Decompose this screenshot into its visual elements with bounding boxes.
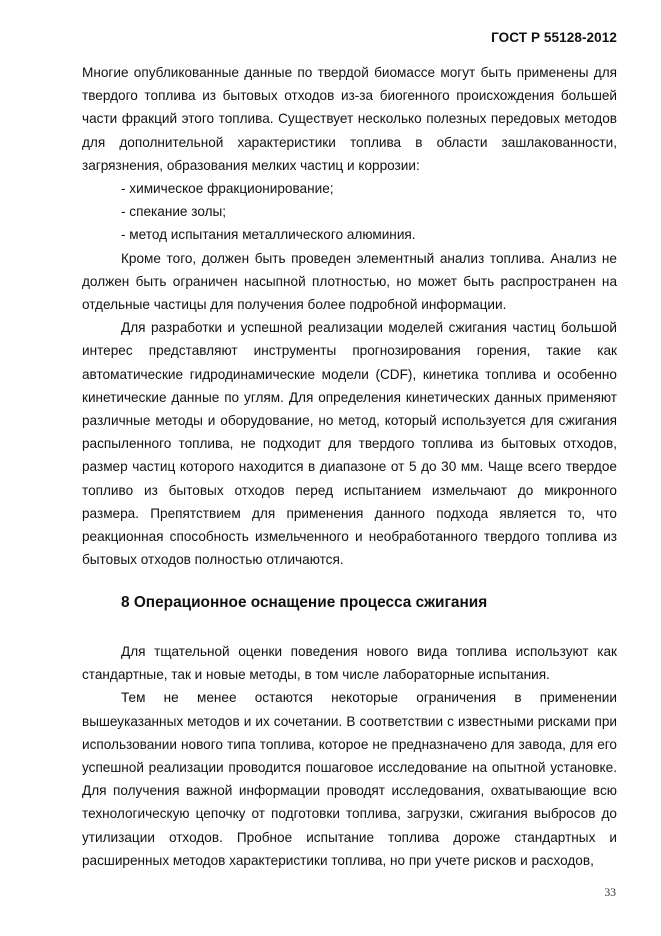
list-item: - химическое фракционирование;	[82, 177, 617, 200]
section-heading: 8 Операционное оснащение процесса сжиган…	[121, 594, 487, 612]
paragraph: Для тщательной оценки поведения нового в…	[82, 640, 617, 686]
document-code-header: ГОСТ Р 55128-2012	[491, 30, 617, 45]
text-block-before-section-8: Многие опубликованные данные по твердой …	[82, 61, 617, 571]
list-item: - метод испытания металлического алюмини…	[82, 223, 617, 246]
page-number: 33	[605, 887, 617, 899]
paragraph: Тем не менее остаются некоторые ограниче…	[82, 686, 617, 872]
paragraph: Многие опубликованные данные по твердой …	[82, 61, 617, 177]
list-item: - спекание золы;	[82, 200, 617, 223]
paragraph: Для разработки и успешной реализации мод…	[82, 316, 617, 571]
paragraph: Кроме того, должен быть проведен элемент…	[82, 247, 617, 317]
text-block-section-8: Для тщательной оценки поведения нового в…	[82, 640, 617, 872]
